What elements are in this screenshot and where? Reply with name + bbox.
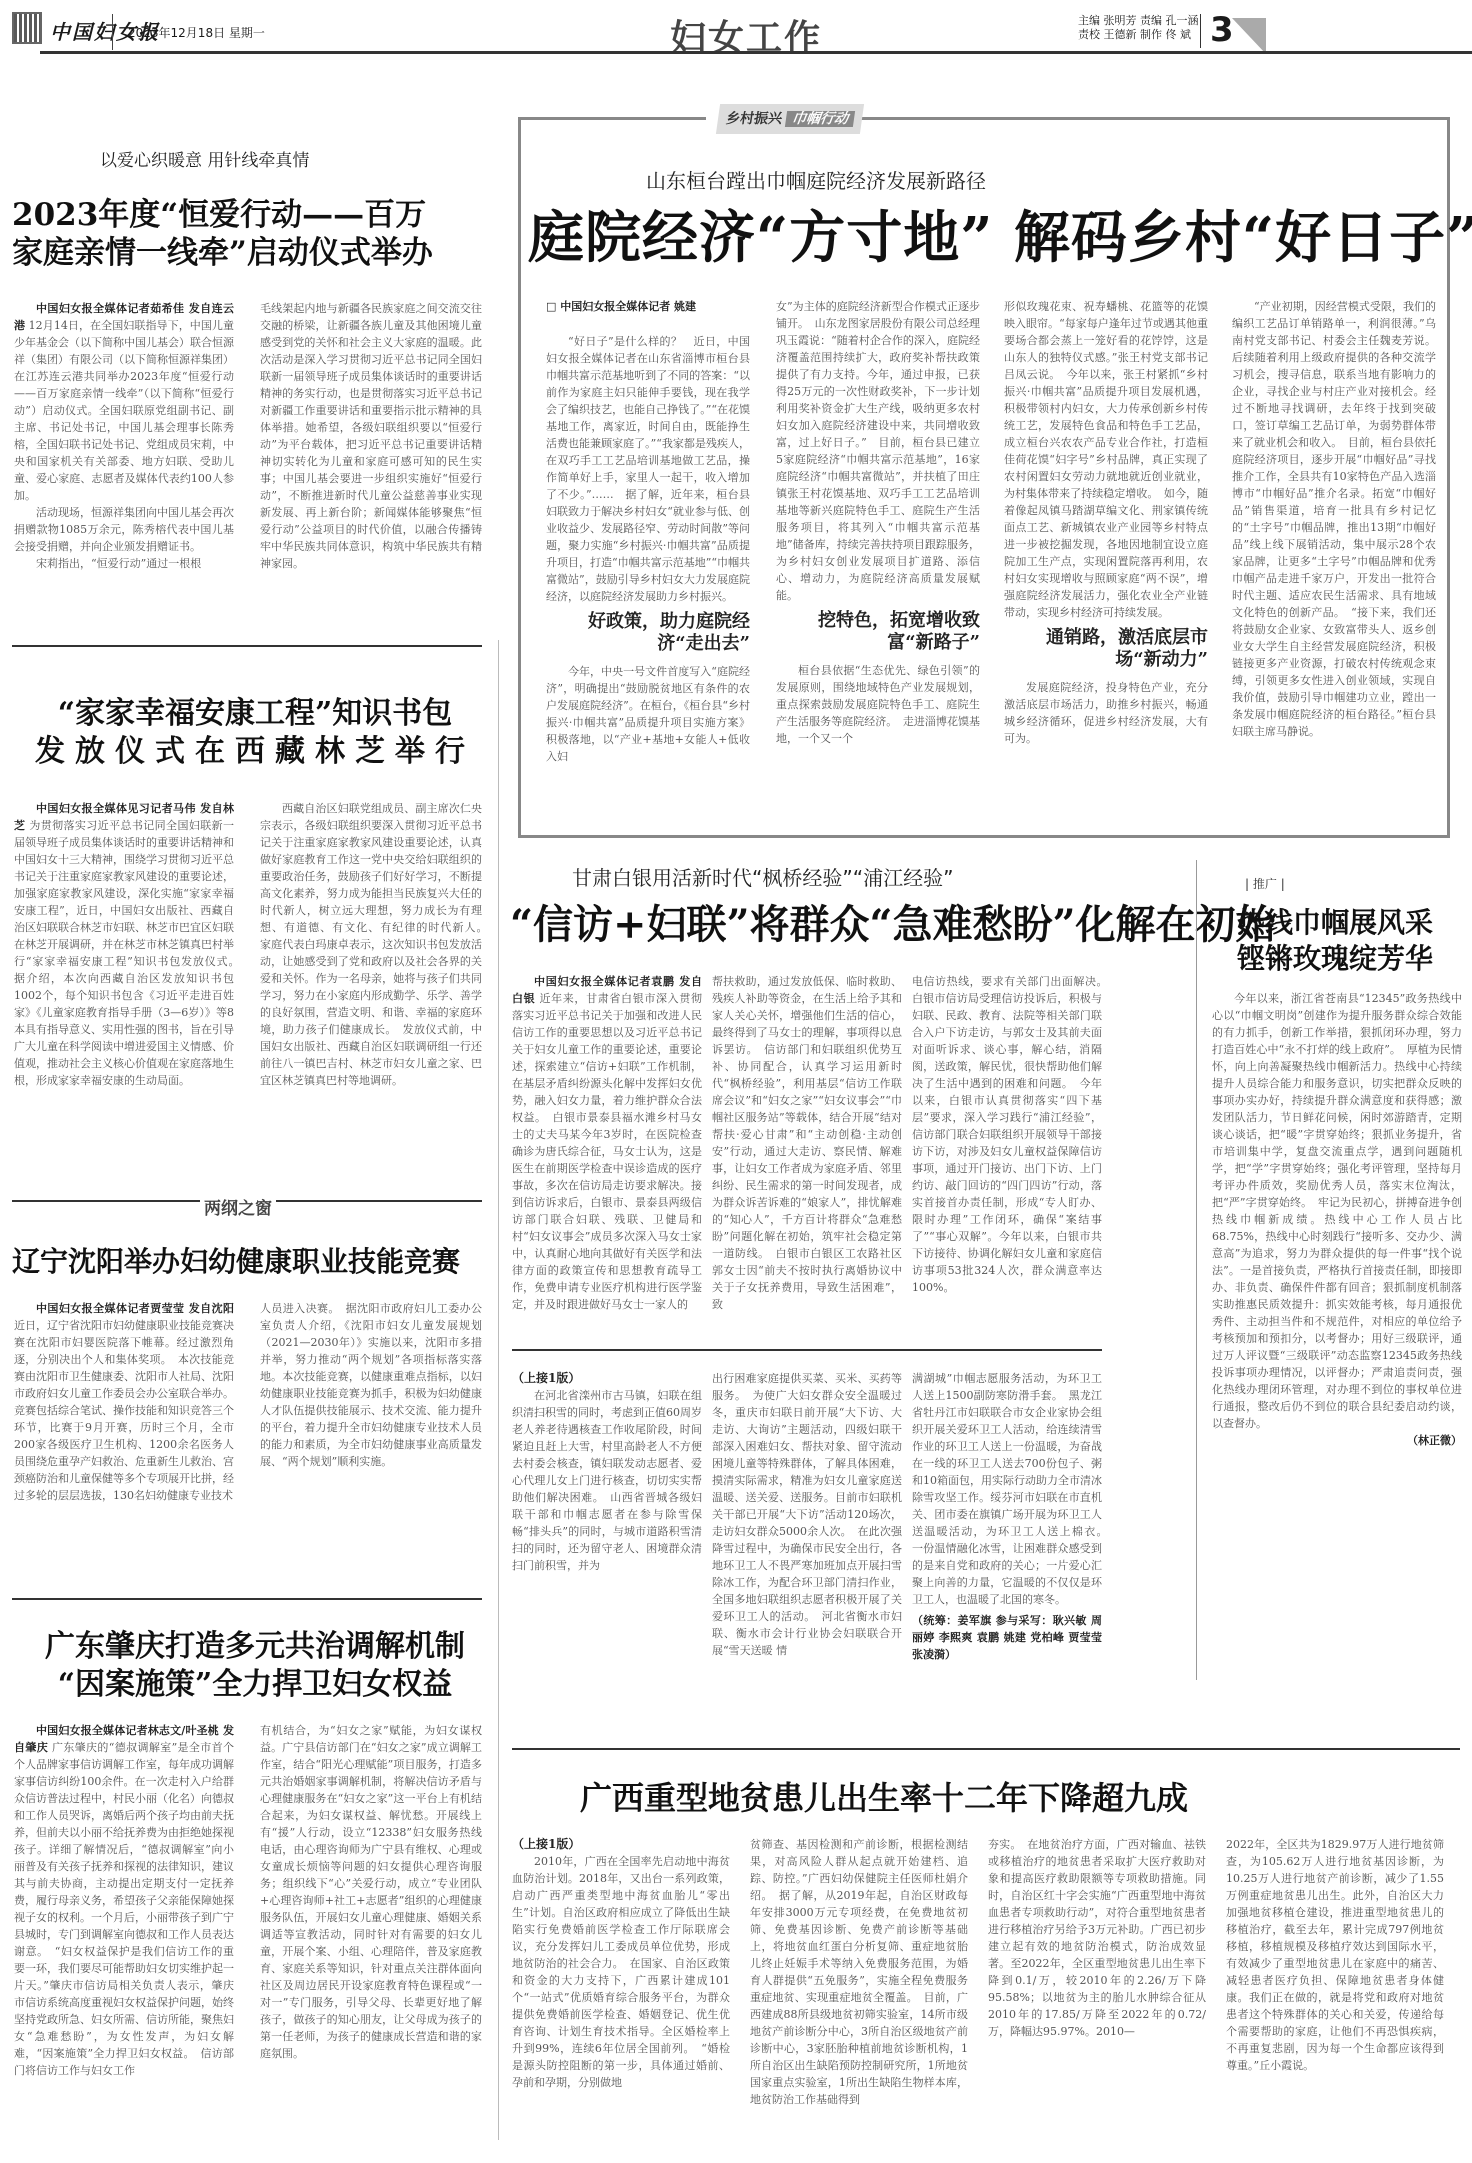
- feature-column-3: 形似玫瑰花束、祝寿蟠桃、花篮等的花馍映入眼帘。“每家每户逢年过节或遇其他重要场合…: [1004, 298, 1208, 747]
- feature-paragraph: 今年，中央一号文件首度写入“庭院经济”，明确提出“鼓励脱贫地区有条件的农户发展庭…: [546, 663, 750, 765]
- article6-credits: （统筹：姜军旗 参与采写：耿兴敏 周丽婷 李熙爽 袁鹏 姚建 党柏峰 贾莹莹 张…: [912, 1612, 1102, 1663]
- article6-continued-label: （上接1版）: [512, 1370, 702, 1387]
- divider: [12, 645, 482, 647]
- masthead-rule: [40, 51, 1472, 54]
- tag-left-label: 乡村振兴: [725, 111, 783, 127]
- article2-column-1: 中国妇女报全媒体见习记者马伟 发自林芝 为贯彻落实习近平总书记同全国妇联新一届领…: [14, 800, 234, 1089]
- article6-column-3: 满湖城”巾帼志愿服务活动，为环卫工人送上1500副防寒防滑手套。 黑龙江省牡丹江…: [912, 1370, 1102, 1663]
- article1-column-2: 毛线架起内地与新疆各民族家庭之间交流交往交融的桥梁，让新疆各族儿童及其他困境儿童…: [260, 300, 482, 572]
- page-column-divider: [498, 640, 499, 2140]
- feature-paragraph: 发展庭院经济，投身特色产业，充分激活底层市场活力，助推乡村振兴，畅通城乡经济循环…: [1004, 679, 1208, 747]
- page-corner-triangle: [1232, 18, 1266, 54]
- promo-headline[interactable]: 热线巾帼展风采 铿锵玫瑰绽芳华: [1205, 905, 1465, 977]
- article4-column-1: 中国妇女报全媒体记者林志文/叶圣桃 发自肇庆 广东肇庆的“德叔调解室”是全市首个…: [14, 1722, 234, 2079]
- promo-body: 今年以来，浙江省苍南县“12345”政务热线中心以“巾帼文明岗”创建作为提升服务…: [1212, 990, 1462, 1449]
- article7-headline[interactable]: 广西重型地贫患儿出生率十二年下降超九成: [580, 1778, 1188, 1818]
- rural-revitalization-tag: 乡村振兴巾帼行动: [716, 104, 864, 134]
- article6-column-2: 出行困难家庭提供买菜、买米、买药等服务。 为使广大妇女群众安全温暖过冬，重庆市妇…: [712, 1370, 902, 1659]
- article7-paragraph: 2010年，广西在全国率先启动地中海贫血防治计划。2018年，又出台一系列政策，…: [512, 1853, 730, 2091]
- article3-headline[interactable]: 辽宁沈阳举办妇幼健康职业技能竞赛: [12, 1245, 492, 1279]
- feature-subhead-3: 通销路，激活底层市场“新动力”: [1004, 627, 1208, 671]
- promo-headline-line2: 铿锵玫瑰绽芳华: [1205, 941, 1465, 977]
- article7-column-3: 夯实。 在地贫治疗方面，广西对输血、祛铁或移植治疗的地贫患者采取扩大医疗救助对象…: [988, 1836, 1206, 2040]
- feature-paragraph: 女”为主体的庭院经济新型合作模式正逐步铺开。 山东龙图家居股份有限公司总经理巩玉…: [776, 298, 980, 604]
- feature-paragraph: 桓台县依据“生态优先、绿色引领”的发展原则，围绕地域特色产业发展规划，重点探索鼓…: [776, 662, 980, 747]
- issue-date: 2023年12月18日 星期一: [128, 24, 265, 41]
- article4-text: 广东肇庆的“德叔调解室”是全市首个个人品牌家事信访调解工作室，每年成功调解家事信…: [14, 1741, 234, 2077]
- article3-paragraph: 人员进入决赛。 据沈阳市政府妇儿工委办公室负责人介绍，《沈阳市妇女儿童发展规划（…: [260, 1300, 482, 1470]
- article6-paragraph: 出行困难家庭提供买菜、买米、买药等服务。 为使广大妇女群众安全温暖过冬，重庆市妇…: [712, 1370, 902, 1659]
- article7-continued-label: （上接1版）: [512, 1836, 730, 1853]
- article1-paragraph: 宋莉指出，“恒爱行动”通过一根根: [14, 555, 234, 572]
- feature-kicker: 山东桓台蹚出巾帼庭院经济发展新路径: [646, 165, 986, 194]
- article3-column-1: 中国妇女报全媒体记者贾莹莹 发自沈阳 近日，辽宁省沈阳市妇幼健康职业技能竞赛决赛…: [14, 1300, 234, 1504]
- two-outlines-window-tag: 两纲之窗: [200, 1194, 276, 1219]
- feature-subhead-1: 好政策，助力庭院经济“走出去”: [546, 611, 750, 655]
- feature-column-1: □ 中国妇女报全媒体记者 姚建 “好日子”是什么样的？ 近日，中国妇女报全媒体记…: [546, 298, 750, 765]
- article7-column-1: （上接1版） 2010年，广西在全国率先启动地中海贫血防治计划。2018年，又出…: [512, 1836, 730, 2091]
- article6-paragraph: 在河北省滦州市古马镇，妇联在组织清扫积雪的同时，考虑到正值60周岁老人养老待遇核…: [512, 1387, 702, 1574]
- article2-headline-line2: 发放仪式在西藏林芝举行: [30, 733, 480, 771]
- feature-frame-top-left: [518, 117, 706, 120]
- article2-text: 为贯彻落实习近平总书记同全国妇联新一届领导班子成员集体谈话时的重要讲话精神和中国…: [14, 819, 245, 1087]
- divider: [512, 1349, 1102, 1351]
- article7-column-4: 2022年，全区共为1829.97万人进行地贫筛查，为105.62万人进行地贫基…: [1226, 1836, 1444, 2074]
- article1-paragraph: 毛线架起内地与新疆各民族家庭之间交流交往交融的桥梁，让新疆各族儿童及其他困境儿童…: [260, 300, 482, 572]
- article7-paragraph: 夯实。 在地贫治疗方面，广西对输血、祛铁或移植治疗的地贫患者采取扩大医疗救助对象…: [988, 1836, 1206, 2040]
- divider: [12, 1598, 482, 1600]
- article5-column-1: 中国妇女报全媒体记者袁鹏 发自白银 近年来，甘肃省白银市深入贯彻落实习近平总书记…: [512, 973, 702, 1313]
- editor-credits: 主编 张明芳 责编 孔一涵 责校 王德新 制作 佟 斌: [1078, 14, 1199, 42]
- column-divider: [1196, 860, 1197, 1680]
- article3-column-2: 人员进入决赛。 据沈阳市政府妇儿工委办公室负责人介绍，《沈阳市妇女儿童发展规划（…: [260, 1300, 482, 1470]
- article7-paragraph: 贫筛查、基因检测和产前诊断，根据检测结果，对高风险人群从起点就开始建档、追踪、防…: [750, 1836, 968, 2108]
- article4-paragraph: 有机结合，为“妇女之家”赋能，为妇女谋权益。广宁县信访部门在“妇女之家”成立调解…: [260, 1722, 482, 2062]
- article5-paragraph: 电信访热线，要求有关部门出面解决。 白银市信访局受理信访投诉后，积极与妇联、民政…: [912, 973, 1102, 1296]
- feature-byline: □ 中国妇女报全媒体记者 姚建: [546, 298, 750, 315]
- article6-paragraph: 满湖城”巾帼志愿服务活动，为环卫工人送上1500副防寒防滑手套。 黑龙江省牡丹江…: [912, 1370, 1102, 1608]
- promotion-tag-label: 推广: [1253, 877, 1277, 891]
- article2-headline-line1: “家家幸福安康工程”知识书包: [30, 695, 480, 733]
- article4-headline[interactable]: 广东肇庆打造多元共治调解机制 “因案施策”全力捍卫妇女权益: [30, 1628, 480, 1704]
- page-number: 3: [1210, 10, 1234, 50]
- article3-text: 近日，辽宁省沈阳市妇幼健康职业技能竞赛决赛在沈阳市妇婴医院落下帷幕。经过激烈角逐…: [14, 1319, 234, 1502]
- feature-column-2: 女”为主体的庭院经济新型合作模式正逐步铺开。 山东龙图家居股份有限公司总经理巩玉…: [776, 298, 980, 747]
- article5-paragraph: 帮扶救助，通过发放低保、临时救助、残疾人补助等资金，在生活上给予其和家人关心关怀…: [712, 973, 902, 1313]
- feature-column-4: “产业初期，因经营模式受限，我们的编织工艺品订单销路单一，利润很薄。”乌南村党支…: [1232, 298, 1436, 740]
- article5-headline[interactable]: “信访+妇联”将群众“急难愁盼”化解在初始: [510, 900, 1276, 950]
- tag-right-label: 巾帼行动: [785, 111, 855, 127]
- divider: [512, 1748, 1460, 1750]
- article1-kicker: 以爱心织暖意 用针线牵真情: [100, 146, 309, 171]
- article1-text: 12月14日，在全国妇联指导下，中国儿童少年基金会（以下简称中国儿基会）联合恒源…: [14, 319, 234, 502]
- credits-divider: [1200, 14, 1201, 48]
- feature-headline[interactable]: 庭院经济“方寸地” 解码乡村“好日子”: [528, 205, 1472, 271]
- promotion-tag: | 推广 |: [1245, 875, 1285, 892]
- feature-paragraph: “产业初期，因经营模式受限，我们的编织工艺品订单销路单一，利润很薄。”乌南村党支…: [1232, 298, 1436, 740]
- article5-text: 近年来，甘肃省白银市深入贯彻落实习近平总书记关于加强和改进人民信访工作的重要思想…: [512, 992, 702, 1311]
- article4-headline-line2: “因案施策”全力捍卫妇女权益: [30, 1666, 480, 1704]
- article4-column-2: 有机结合，为“妇女之家”赋能，为妇女谋权益。广宁县信访部门在“妇女之家”成立调解…: [260, 1722, 482, 2062]
- feature-frame-top-right: [840, 117, 1450, 120]
- article2-headline[interactable]: “家家幸福安康工程”知识书包 发放仪式在西藏林芝举行: [30, 695, 480, 771]
- article4-headline-line1: 广东肇庆打造多元共治调解机制: [30, 1628, 480, 1666]
- promo-headline-line1: 热线巾帼展风采: [1205, 905, 1465, 941]
- article2-paragraph: 西藏自治区妇联党组成员、副主席次仁央宗表示，各级妇联组织要深入贯彻习近平总书记关…: [260, 800, 482, 1089]
- article1-headline[interactable]: 2023年度“恒爱行动——百万 家庭亲情一线牵”启动仪式举办: [12, 196, 492, 272]
- credits-line-2: 责校 王德新 制作 佟 斌: [1078, 28, 1199, 42]
- promo-author: （林正微）: [1212, 1432, 1462, 1449]
- feature-paragraph: “好日子”是什么样的？ 近日，中国妇女报全媒体记者在山东省淄博市桓台县巾帼共富示…: [546, 333, 750, 605]
- article1-headline-line1: 2023年度“恒爱行动——百万: [12, 196, 492, 234]
- feature-subhead-2: 挖特色，拓宽增收致富“新路子”: [776, 610, 980, 654]
- article7-paragraph: 2022年，全区共为1829.97万人进行地贫筛查，为105.62万人进行地贫基…: [1226, 1836, 1444, 2074]
- article5-column-3: 电信访热线，要求有关部门出面解决。 白银市信访局受理信访投诉后，积极与妇联、民政…: [912, 973, 1102, 1296]
- feature-paragraph: 形似玫瑰花束、祝寿蟠桃、花篮等的花馍映入眼帘。“每家每户逢年过节或遇其他重要场合…: [1004, 298, 1208, 621]
- masthead-divider: [112, 14, 113, 50]
- article1-paragraph: 活动现场，恒源祥集团向中国儿基会再次捐赠款物1085万余元，陈秀榕代表中国儿基会…: [14, 504, 234, 555]
- promo-paragraph: 今年以来，浙江省苍南县“12345”政务热线中心以“巾帼文明岗”创建作为提升服务…: [1212, 990, 1462, 1432]
- article1-column-1: 中国妇女报全媒体记者茹希佳 发自连云港 12月14日，在全国妇联指导下，中国儿童…: [14, 300, 234, 572]
- article3-byline: 中国妇女报全媒体记者贾莹莹 发自沈阳: [36, 1302, 234, 1315]
- article6-column-1: （上接1版） 在河北省滦州市古马镇，妇联在组织清扫积雪的同时，考虑到正值60周岁…: [512, 1370, 702, 1574]
- article7-column-2: 贫筛查、基因检测和产前诊断，根据检测结果，对高风险人群从起点就开始建档、追踪、防…: [750, 1836, 968, 2108]
- qr-code[interactable]: [12, 12, 42, 44]
- credits-line-1: 主编 张明芳 责编 孔一涵: [1078, 14, 1199, 28]
- article1-headline-line2: 家庭亲情一线牵”启动仪式举办: [12, 234, 492, 272]
- article5-kicker: 甘肃白银用活新时代“枫桥经验”“浦江经验”: [572, 862, 953, 891]
- article5-column-2: 帮扶救助，通过发放低保、临时救助、残疾人补助等资金，在生活上给予其和家人关心关怀…: [712, 973, 902, 1313]
- article2-column-2: 西藏自治区妇联党组成员、副主席次仁央宗表示，各级妇联组织要深入贯彻习近平总书记关…: [260, 800, 482, 1089]
